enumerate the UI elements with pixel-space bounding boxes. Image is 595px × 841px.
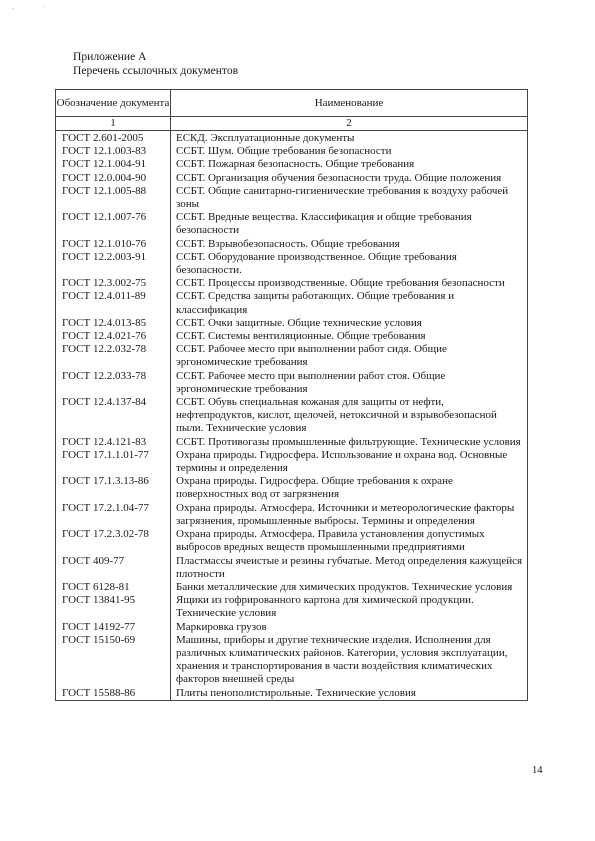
document-code: ГОСТ 12.4.137-84 bbox=[56, 396, 171, 436]
header-name: Наименование bbox=[171, 90, 528, 117]
page-number: 14 bbox=[532, 765, 543, 776]
column-number-2: 2 bbox=[171, 117, 528, 131]
table-row: ГОСТ 12.3.002-75ССБТ. Процессы производс… bbox=[56, 277, 528, 290]
document-code: ГОСТ 12.0.004-90 bbox=[56, 172, 171, 185]
table-row: ГОСТ 12.1.004-91ССБТ. Пожарная безопасно… bbox=[56, 158, 528, 171]
document-code: ГОСТ 15150-69 bbox=[56, 634, 171, 687]
document-code: ГОСТ 15588-86 bbox=[56, 687, 171, 701]
table-header-row: Обозначение документа Наименование bbox=[56, 90, 528, 117]
table-row: ГОСТ 12.2.032-78ССБТ. Рабочее место при … bbox=[56, 343, 528, 369]
table-row: ГОСТ 12.1.010-76ССБТ. Взрывобезопасность… bbox=[56, 238, 528, 251]
table-row: ГОСТ 17.1.3.13-86Охрана природы. Гидросф… bbox=[56, 475, 528, 501]
document-code: ГОСТ 17.2.1.04-77 bbox=[56, 502, 171, 528]
document-name: Банки металлические для химических проду… bbox=[171, 581, 528, 594]
column-number-row: 1 2 bbox=[56, 117, 528, 131]
table-row: ГОСТ 12.4.137-84ССБТ. Обувь специальная … bbox=[56, 396, 528, 436]
document-name: Пластмассы ячеистые и резины губчатые. М… bbox=[171, 555, 528, 581]
document-name: ССБТ. Организация обучения безопасности … bbox=[171, 172, 528, 185]
document-code: ГОСТ 12.4.121-83 bbox=[56, 436, 171, 449]
document-name: ССБТ. Оборудование производственное. Общ… bbox=[171, 251, 528, 277]
table-row: ГОСТ 6128-81Банки металлические для хими… bbox=[56, 581, 528, 594]
document-code: ГОСТ 12.1.003-83 bbox=[56, 145, 171, 158]
document-code: ГОСТ 13841-95 bbox=[56, 594, 171, 620]
document-name: ЕСКД. Эксплуатационные документы bbox=[171, 131, 528, 146]
table-row: ГОСТ 2.601-2005ЕСКД. Эксплуатационные до… bbox=[56, 131, 528, 146]
document-code: ГОСТ 12.2.033-78 bbox=[56, 370, 171, 396]
document-code: ГОСТ 12.2.003-91 bbox=[56, 251, 171, 277]
table-row: ГОСТ 12.2.033-78ССБТ. Рабочее место при … bbox=[56, 370, 528, 396]
document-name: ССБТ. Очки защитные. Общие технические у… bbox=[171, 317, 528, 330]
document-code: ГОСТ 12.2.032-78 bbox=[56, 343, 171, 369]
table-row: ГОСТ 12.2.003-91ССБТ. Оборудование произ… bbox=[56, 251, 528, 277]
document-name: Охрана природы. Атмосфера. Правила устан… bbox=[171, 528, 528, 554]
appendix-heading: Приложение А Перечень ссылочных документ… bbox=[73, 50, 238, 78]
table-row: ГОСТ 12.1.003-83ССБТ. Шум. Общие требова… bbox=[56, 145, 528, 158]
document-code: ГОСТ 409-77 bbox=[56, 555, 171, 581]
document-code: ГОСТ 17.2.3.02-78 bbox=[56, 528, 171, 554]
document-code: ГОСТ 17.1.3.13-86 bbox=[56, 475, 171, 501]
table-row: ГОСТ 12.4.011-89ССБТ. Средства защиты ра… bbox=[56, 290, 528, 316]
document-code: ГОСТ 12.4.013-85 bbox=[56, 317, 171, 330]
document-code: ГОСТ 12.1.010-76 bbox=[56, 238, 171, 251]
table-row: ГОСТ 17.2.3.02-78Охрана природы. Атмосфе… bbox=[56, 528, 528, 554]
document-code: ГОСТ 2.601-2005 bbox=[56, 131, 171, 146]
document-name: ССБТ. Противогазы промышленные фильтрующ… bbox=[171, 436, 528, 449]
header-designation: Обозначение документа bbox=[56, 90, 171, 117]
document-name: Машины, приборы и другие технические изд… bbox=[171, 634, 528, 687]
table-row: ГОСТ 14192-77Маркировка грузов bbox=[56, 621, 528, 634]
appendix-subtitle: Перечень ссылочных документов bbox=[73, 64, 238, 78]
document-name: Плиты пенополистирольные. Технические ус… bbox=[171, 687, 528, 701]
document-code: ГОСТ 12.4.021-76 bbox=[56, 330, 171, 343]
document-name: ССБТ. Шум. Общие требования безопасности bbox=[171, 145, 528, 158]
document-code: ГОСТ 12.1.007-76 bbox=[56, 211, 171, 237]
document-code: ГОСТ 6128-81 bbox=[56, 581, 171, 594]
table-row: ГОСТ 12.4.021-76ССБТ. Системы вентиляцио… bbox=[56, 330, 528, 343]
table-row: ГОСТ 15588-86Плиты пенополистирольные. Т… bbox=[56, 687, 528, 701]
column-number-1: 1 bbox=[56, 117, 171, 131]
document-name: ССБТ. Обувь специальная кожаная для защи… bbox=[171, 396, 528, 436]
table-row: ГОСТ 12.4.121-83ССБТ. Противогазы промыш… bbox=[56, 436, 528, 449]
document-name: Охрана природы. Атмосфера. Источники и м… bbox=[171, 502, 528, 528]
document-name: Маркировка грузов bbox=[171, 621, 528, 634]
document-name: ССБТ. Взрывобезопасность. Общие требован… bbox=[171, 238, 528, 251]
document-name: ССБТ. Пожарная безопасность. Общие требо… bbox=[171, 158, 528, 171]
table-row: ГОСТ 15150-69Машины, приборы и другие те… bbox=[56, 634, 528, 687]
reference-documents-table: Обозначение документа Наименование 1 2 Г… bbox=[55, 89, 528, 701]
document-name: Ящики из гофрированного картона для хими… bbox=[171, 594, 528, 620]
document-name: ССБТ. Рабочее место при выполнении работ… bbox=[171, 370, 528, 396]
table-row: ГОСТ 12.4.013-85ССБТ. Очки защитные. Общ… bbox=[56, 317, 528, 330]
document-name: ССБТ. Общие санитарно-гигиенические треб… bbox=[171, 185, 528, 211]
table-row: ГОСТ 12.1.007-76ССБТ. Вредные вещества. … bbox=[56, 211, 528, 237]
document-name: Охрана природы. Гидросфера. Общие требов… bbox=[171, 475, 528, 501]
document-name: ССБТ. Средства защиты работающих. Общие … bbox=[171, 290, 528, 316]
scan-marks: - ' bbox=[12, 6, 59, 12]
appendix-title: Приложение А bbox=[73, 50, 238, 64]
document-name: ССБТ. Системы вентиляционные. Общие треб… bbox=[171, 330, 528, 343]
table-row: ГОСТ 409-77Пластмассы ячеистые и резины … bbox=[56, 555, 528, 581]
table-row: ГОСТ 12.1.005-88ССБТ. Общие санитарно-ги… bbox=[56, 185, 528, 211]
table-row: ГОСТ 12.0.004-90ССБТ. Организация обучен… bbox=[56, 172, 528, 185]
document-name: Охрана природы. Гидросфера. Использовани… bbox=[171, 449, 528, 475]
document-code: ГОСТ 12.3.002-75 bbox=[56, 277, 171, 290]
document-code: ГОСТ 12.4.011-89 bbox=[56, 290, 171, 316]
document-code: ГОСТ 12.1.004-91 bbox=[56, 158, 171, 171]
document-name: ССБТ. Вредные вещества. Классификация и … bbox=[171, 211, 528, 237]
table-body: ГОСТ 2.601-2005ЕСКД. Эксплуатационные до… bbox=[56, 131, 528, 701]
table-row: ГОСТ 17.1.1.01-77Охрана природы. Гидросф… bbox=[56, 449, 528, 475]
document-name: ССБТ. Процессы производственные. Общие т… bbox=[171, 277, 528, 290]
document-code: ГОСТ 14192-77 bbox=[56, 621, 171, 634]
table-row: ГОСТ 17.2.1.04-77Охрана природы. Атмосфе… bbox=[56, 502, 528, 528]
document-code: ГОСТ 12.1.005-88 bbox=[56, 185, 171, 211]
document-name: ССБТ. Рабочее место при выполнении работ… bbox=[171, 343, 528, 369]
document-code: ГОСТ 17.1.1.01-77 bbox=[56, 449, 171, 475]
table-row: ГОСТ 13841-95Ящики из гофрированного кар… bbox=[56, 594, 528, 620]
